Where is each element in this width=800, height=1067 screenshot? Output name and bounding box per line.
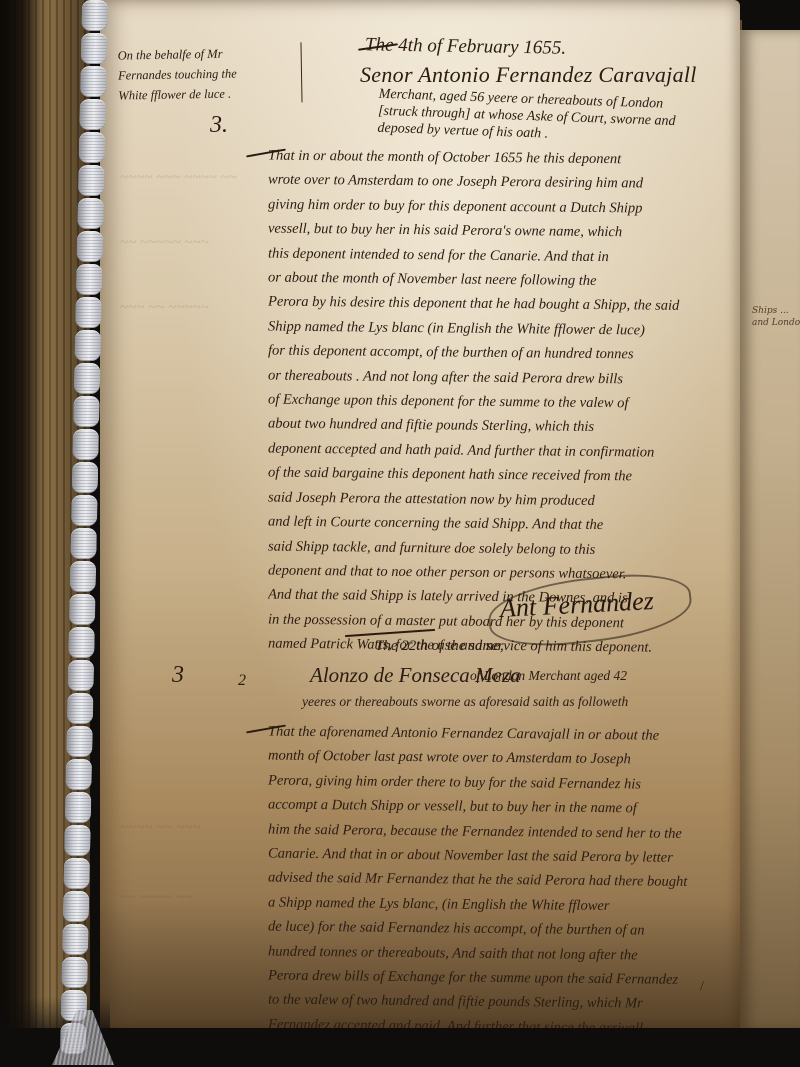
headband-bead: [81, 33, 108, 64]
entry-2-description: of London Merchant aged 42: [470, 668, 627, 684]
headband-bead: [77, 231, 104, 262]
headband-bead: [65, 759, 92, 790]
margin-numeral: 3.: [210, 112, 228, 139]
entry-2-date: The 22th of the same,: [375, 638, 504, 655]
entry-1-deponent-name: Senor Antonio Fernandez Caravajall: [360, 62, 697, 88]
headband-bead: [70, 561, 97, 592]
entry-2-margin-numeral: 3: [172, 662, 184, 689]
photo-scene: Ships ... and London ~~~~ ~~~ ~~~~ ~~ ~~…: [0, 0, 800, 1067]
headband-bead: [72, 462, 99, 493]
headband-bead: [80, 66, 107, 97]
headband-bead: [65, 792, 92, 823]
binding-shadow: [0, 0, 40, 1067]
headband-bead: [68, 660, 95, 691]
bleed-through-text: ~~ ~~~~ ~~: [120, 890, 192, 907]
headband-bead: [63, 858, 90, 889]
headband-bead: [81, 0, 108, 31]
headband-bead: [77, 198, 104, 229]
headband-bead: [66, 726, 93, 757]
page-bottom-edge: [0, 1028, 800, 1067]
headband-bead: [76, 264, 103, 295]
headband-bead: [74, 330, 101, 361]
headband-bead: [62, 924, 89, 955]
entry-2-deposition-body: That the aforenamed Antonio Fernandez Ca…: [268, 722, 738, 1039]
headband-bead: [68, 627, 95, 658]
bleed-through-text: ~~~~ ~~~ ~~~~ ~~: [120, 170, 237, 187]
headband-bead: [74, 363, 101, 394]
headband-bead: [72, 429, 99, 460]
headband-bead: [69, 594, 96, 625]
headband-bead: [78, 165, 105, 196]
margin-note-line: White fflower de luce .: [118, 83, 293, 106]
bleed-through-text: ~~~~ ~~ ~~~: [120, 820, 201, 837]
bleed-through-text: ~~ ~~~~~ ~~~: [120, 235, 209, 252]
headband-bead: [64, 825, 91, 856]
headband-bead: [71, 495, 98, 526]
headband-bead: [63, 891, 90, 922]
headband-bead: [75, 297, 102, 328]
headband-bead: [73, 396, 100, 427]
facing-note-line: Ships ...: [752, 305, 800, 317]
headband-bead: [67, 693, 94, 724]
margin-note: On the behalfe of Mr Fernandes touching …: [117, 42, 302, 105]
headband-bead: [79, 132, 106, 163]
facing-page: [738, 30, 800, 1030]
entry-2-description: yeeres or thereabouts sworne as aforesai…: [302, 694, 628, 710]
headband-bead: [70, 528, 97, 559]
entry-2-margin-digit: 2: [238, 672, 246, 690]
facing-note-line: and London: [752, 317, 800, 329]
facing-page-note: Ships ... and London: [752, 305, 800, 329]
headband-bead: [61, 957, 88, 988]
entry-1-date: The 4th of February 1655.: [365, 34, 566, 60]
bleed-through-text: ~~~ ~~ ~~~~~: [120, 300, 209, 317]
headband-bead: [79, 99, 106, 130]
